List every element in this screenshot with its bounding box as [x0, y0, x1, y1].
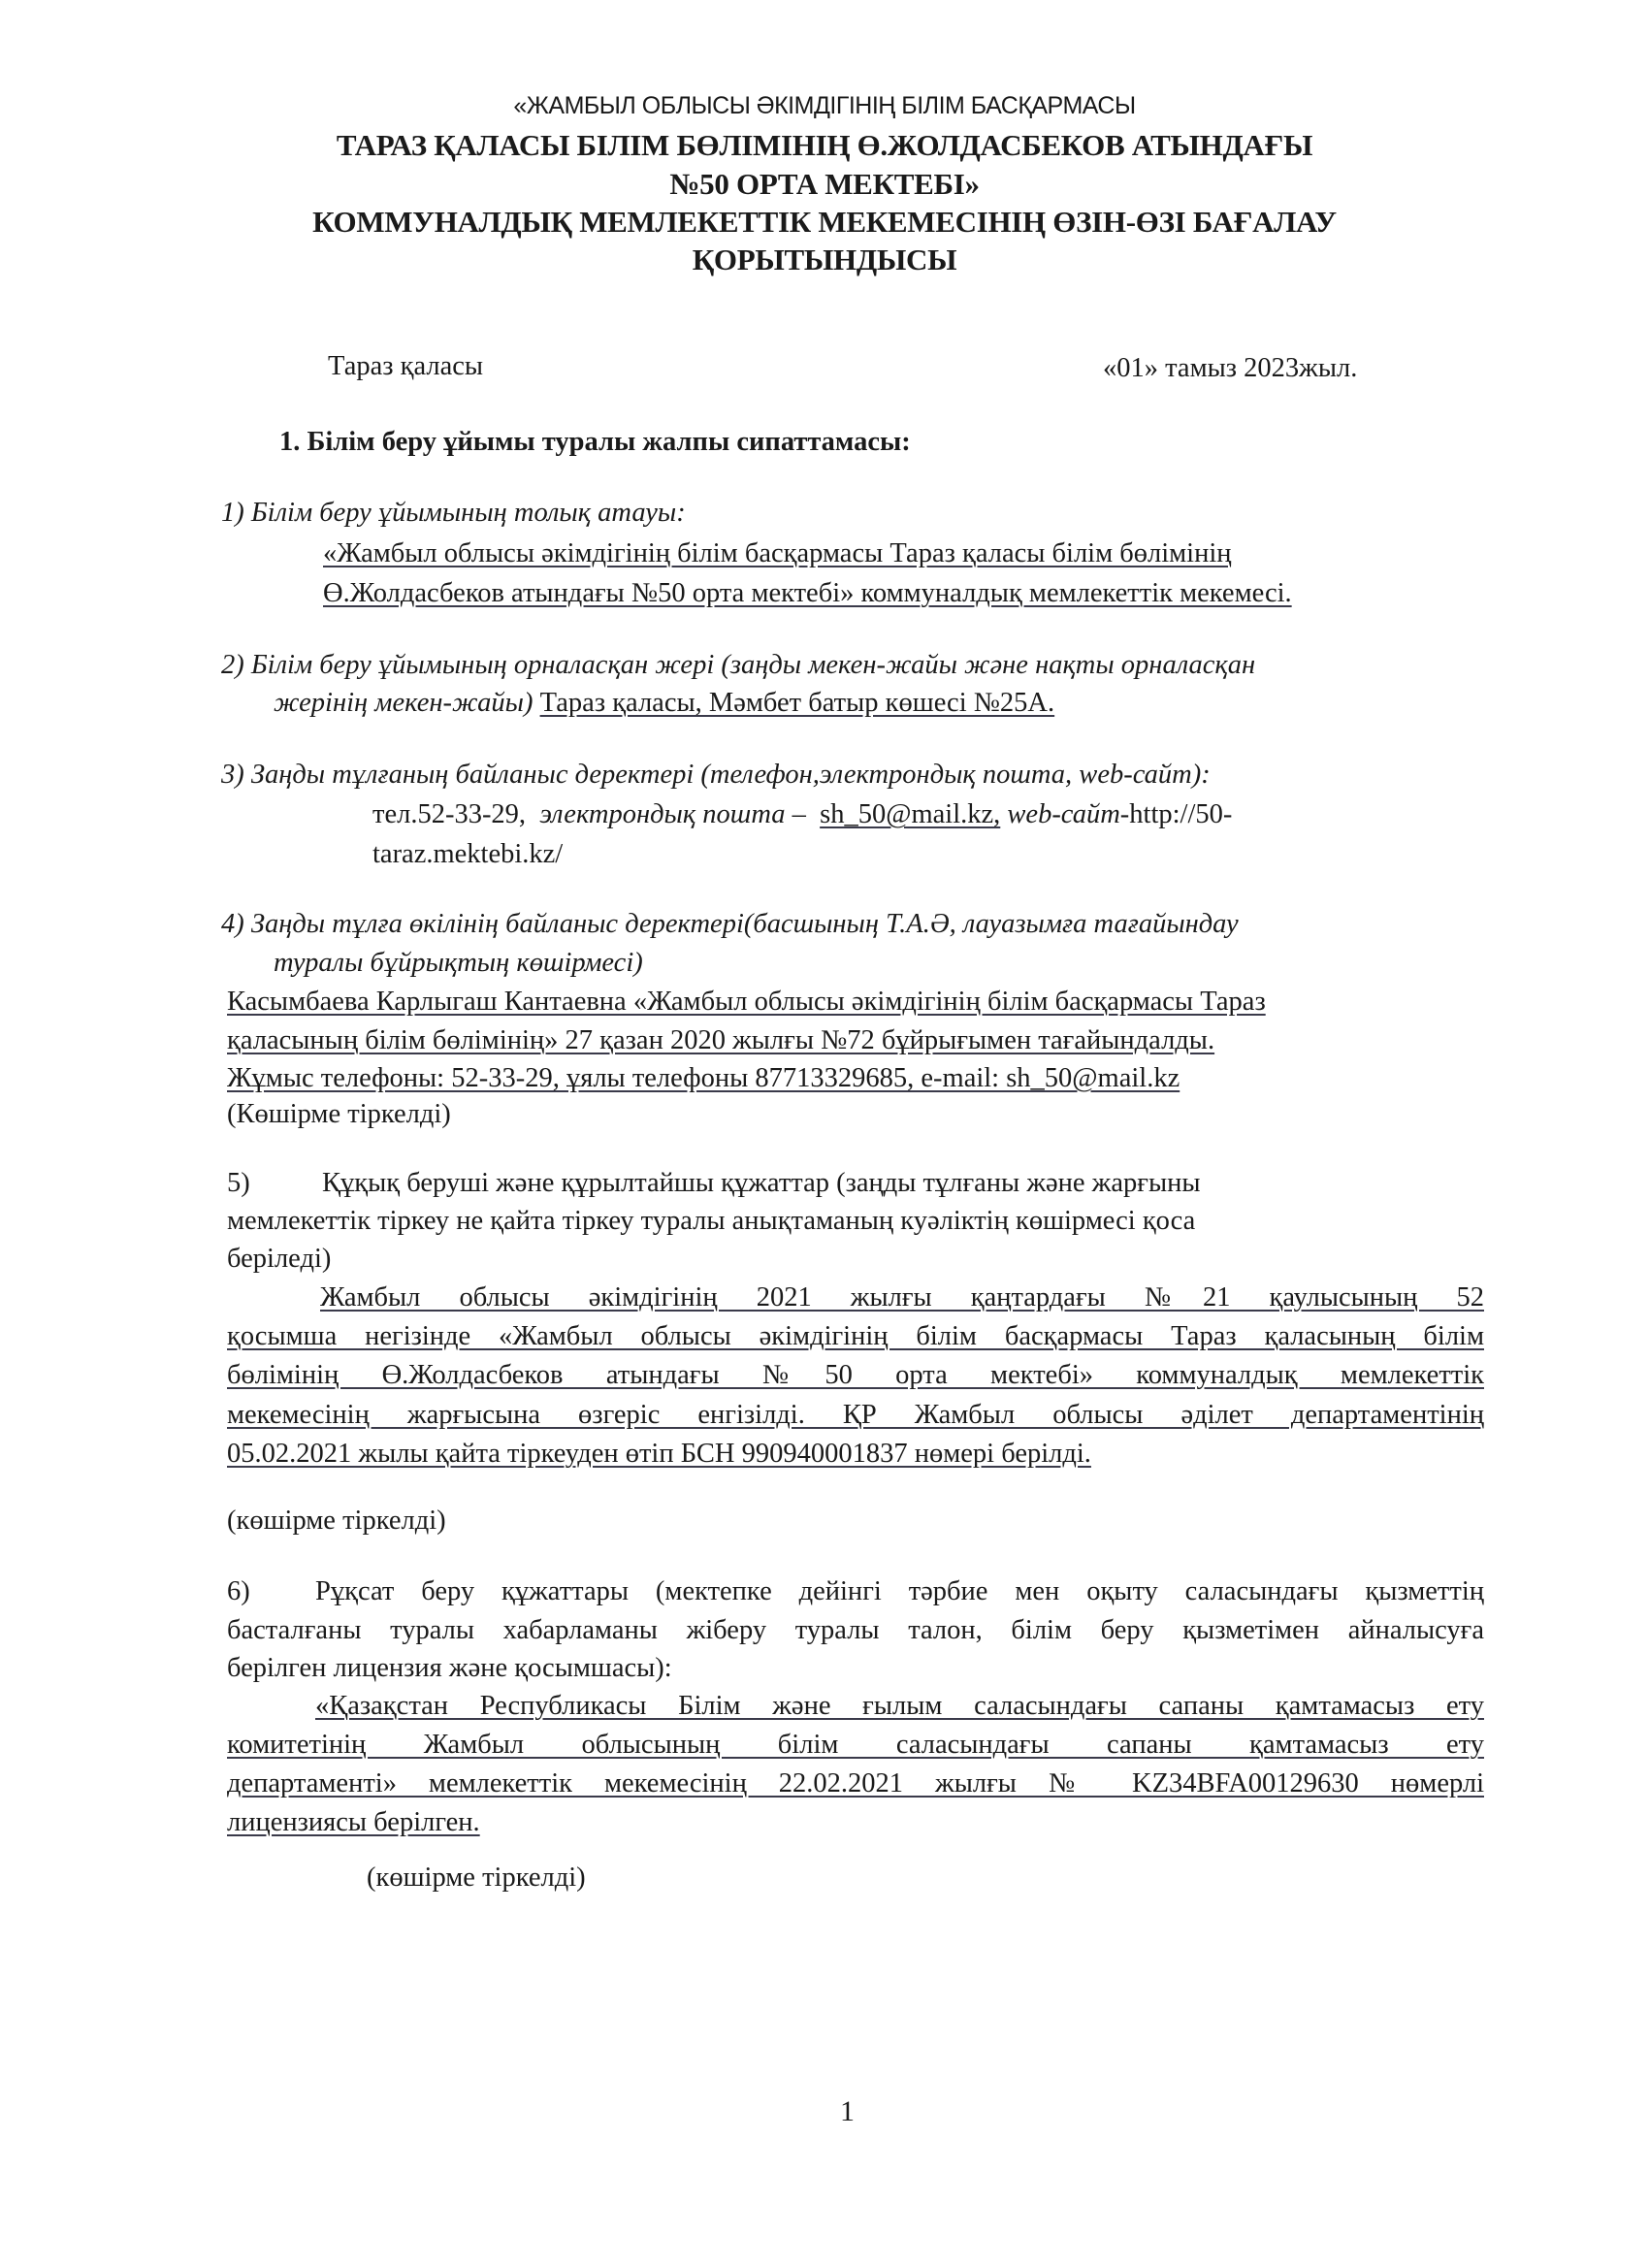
item2-label-line2: жерінің мекен-жайы)	[274, 688, 533, 718]
item2-value: Тараз қаласы, Мәмбет батыр көшесі №25А.	[540, 688, 1055, 718]
header-title-line2: №50 ОРТА МЕКТЕБІ»	[0, 167, 1649, 202]
item3-email-label: электрондық пошта –	[539, 799, 806, 829]
item6-value-line1: «Қазақстан Республикасы Білім және ғылым…	[315, 1691, 1484, 1722]
item5-label-line2: мемлекеттік тіркеу не қайта тіркеу турал…	[227, 1206, 1195, 1237]
item6-number: 6)	[227, 1576, 250, 1607]
item6-value-line3: департаменті» мемлекеттік мекемесінің 22…	[227, 1768, 1484, 1799]
item3-email[interactable]: sh_50@mail.kz,	[820, 799, 1000, 829]
item5-label-line1: Құқық беруші және құрылтайшы құжаттар (з…	[322, 1168, 1201, 1199]
item1-label: 1) Білім беру ұйымының толық атауы:	[221, 498, 686, 529]
page-number: 1	[840, 2095, 855, 2128]
item2-label-line1: 2) Білім беру ұйымының орналасқан жері (…	[221, 650, 1255, 681]
header-title-line3: КОММУНАЛДЫҚ МЕМЛЕКЕТТІК МЕКЕМЕСІНІҢ ӨЗІН…	[0, 205, 1649, 240]
item4-value-line2: қаласының білім бөлімінің» 27 қазан 2020…	[227, 1025, 1214, 1056]
item5-note: (көшірме тіркелді)	[227, 1506, 446, 1537]
item5-value-line2: қосымша негізінде «Жамбыл облысы әкімдіг…	[227, 1321, 1484, 1352]
item6-label-line2: басталғаны туралы хабарламаны жіберу тур…	[227, 1615, 1484, 1646]
item4-value-line3: Жұмыс телефоны: 52-33-29, ұялы телефоны …	[227, 1063, 1180, 1094]
item5-value-line1: Жамбыл облысы әкімдігінің 2021 жылғы қаң…	[320, 1282, 1484, 1313]
item2-label-line2-row: жерінің мекен-жайы) Тараз қаласы, Мәмбет…	[274, 688, 1054, 719]
item1-value-line2: Ө.Жолдасбеков атындағы №50 орта мектебі»…	[323, 578, 1292, 609]
item6-label-line3: берілген лицензия және қосымшасы):	[227, 1653, 672, 1684]
item5-label-line3: беріледі)	[227, 1244, 331, 1275]
item3-contacts: тел.52-33-29, электрондық пошта – sh_50@…	[372, 799, 1232, 830]
item3-web-label: web-сайт-	[1007, 799, 1129, 829]
item3-web-line1[interactable]: http://50-	[1129, 799, 1232, 829]
header-title-line4: ҚОРЫТЫНДЫСЫ	[0, 243, 1649, 277]
section-title: 1. Білім беру ұйымы туралы жалпы сипатта…	[279, 427, 911, 458]
item4-label-line2: туралы бұйрықтың көшірмесі)	[274, 948, 643, 979]
item6-value-line2: комитетінің Жамбыл облысының білім салас…	[227, 1730, 1484, 1761]
item5-value-line5: 05.02.2021 жылы қайта тіркеуден өтіп БСН…	[227, 1439, 1091, 1470]
item6-label-line1: Рұқсат беру құжаттары (мектепке дейінгі …	[315, 1576, 1484, 1607]
item5-value-line4: мекемесінің жарғысына өзгеріс енгізілді.…	[227, 1400, 1484, 1431]
item5-value-line3: бөлімінің Ө.Жолдасбеков атындағы №50 орт…	[227, 1360, 1484, 1391]
item3-phone: тел.52-33-29,	[372, 799, 526, 829]
item5-number: 5)	[227, 1168, 250, 1199]
header-title-line1: ТАРАЗ ҚАЛАСЫ БІЛІМ БӨЛІМІНІҢ Ө.ЖОЛДАСБЕК…	[0, 128, 1649, 163]
item1-value-line1: «Жамбыл облысы әкімдігінің білім басқарм…	[323, 538, 1232, 569]
item4-note: (Көшірме тіркелді)	[227, 1099, 451, 1130]
item3-web-line2[interactable]: taraz.mektebi.kz/	[372, 839, 563, 870]
place: Тараз қаласы	[328, 351, 483, 382]
date: «01» тамыз 2023жыл.	[1103, 353, 1357, 384]
item4-value-line1: Касымбаева Карлыгаш Кантаевна «Жамбыл об…	[227, 987, 1266, 1018]
item3-label: 3) Заңды тұлғаның байланыс деректері (те…	[221, 760, 1211, 791]
item4-label-line1: 4) Заңды тұлға өкілінің байланыс деректе…	[221, 909, 1239, 940]
header-ministry: «ЖАМБЫЛ ОБЛЫСЫ ӘКІМДІГІНІҢ БІЛІМ БАСҚАРМ…	[0, 92, 1649, 120]
item6-value-line4: лицензиясы берілген.	[227, 1807, 480, 1838]
item6-note: (көшірме тіркелді)	[367, 1863, 586, 1894]
